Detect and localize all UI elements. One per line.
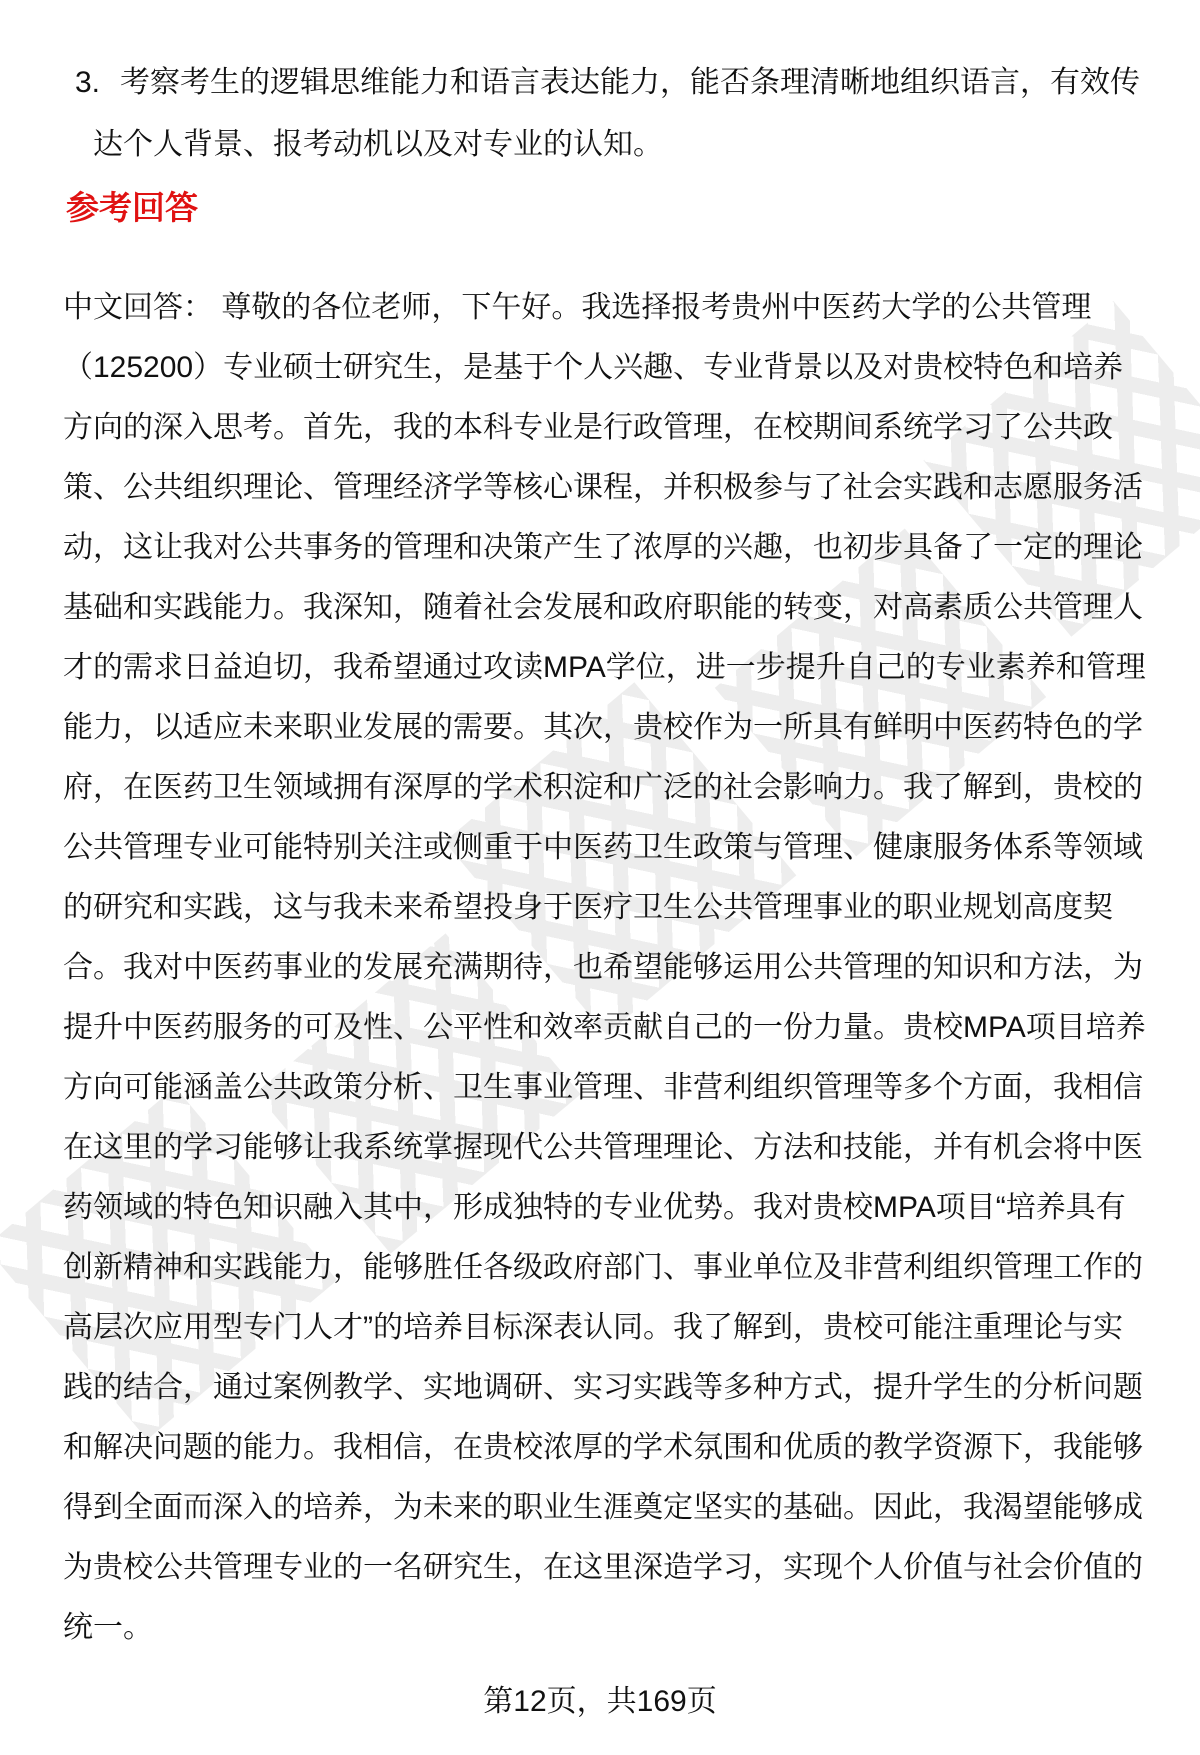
note-text: 考察考生的逻辑思维能力和语言表达能力，能否条理清晰地组织语言，有效传 bbox=[120, 52, 1140, 114]
paragraph-line: 方向的深入思考。首先，我的本科专业是行政管理，在校期间系统学习了公共政 bbox=[63, 398, 1149, 458]
paragraph-line: 中文回答： 尊敬的各位老师，下午好。我选择报考贵州中医药大学的公共管理 bbox=[63, 278, 1149, 338]
paragraph-line: 高层次应用型专门人才”的培养目标深表认同。我了解到，贵校可能注重理论与实 bbox=[63, 1298, 1149, 1358]
paragraph-line: 和解决问题的能力。我相信，在贵校浓厚的学术氛围和优质的教学资源下，我能够 bbox=[63, 1418, 1149, 1478]
paragraph-line: 在这里的学习能够让我系统掌握现代公共管理理论、方法和技能，并有机会将中医 bbox=[63, 1118, 1149, 1178]
paragraph-line: 得到全面而深入的培养，为未来的职业生涯奠定坚实的基础。因此，我渴望能够成 bbox=[63, 1478, 1149, 1538]
paragraph-line: 合。我对中医药事业的发展充满期待，也希望能够运用公共管理的知识和方法，为 bbox=[63, 938, 1149, 998]
paragraph-line: 公共管理专业可能特别关注或侧重于中医药卫生政策与管理、健康服务体系等领域 bbox=[63, 818, 1149, 878]
paragraph-line: 策、公共组织理论、管理经济学等核心课程，并积极参与了社会实践和志愿服务活 bbox=[63, 458, 1149, 518]
paragraph-line: 动，这让我对公共事务的管理和决策产生了浓厚的兴趣，也初步具备了一定的理论 bbox=[63, 518, 1149, 578]
paragraph-line: 提升中医药服务的可及性、公平性和效率贡献自己的一份力量。贵校MPA项目培养 bbox=[63, 998, 1149, 1058]
note-text-continuation: 达个人背景、报考动机以及对专业的认知。 bbox=[75, 114, 1145, 176]
list-number: 3. bbox=[75, 52, 100, 114]
paragraph-line: （125200）专业硕士研究生，是基于个人兴趣、专业背景以及对贵校特色和培养 bbox=[63, 338, 1149, 398]
paragraph-line: 统一。 bbox=[63, 1598, 1149, 1658]
paragraph-line: 方向可能涵盖公共政策分析、卫生事业管理、非营利组织管理等多个方面，我相信 bbox=[63, 1058, 1149, 1118]
paragraph-line: 基础和实践能力。我深知，随着社会发展和政府职能的转变，对高素质公共管理人 bbox=[63, 578, 1149, 638]
question-assessment-note: 3. 考察考生的逻辑思维能力和语言表达能力，能否条理清晰地组织语言，有效传 达个… bbox=[75, 52, 1145, 176]
reference-answer-paragraph: 中文回答： 尊敬的各位老师，下午好。我选择报考贵州中医药大学的公共管理（1252… bbox=[63, 278, 1149, 1658]
paragraph-line: 药领域的特色知识融入其中，形成独特的专业优势。我对贵校MPA项目“培养具有 bbox=[63, 1178, 1149, 1238]
reference-answer-heading: 参考回答 bbox=[66, 188, 198, 228]
paragraph-line: 府，在医药卫生领域拥有深厚的学术积淀和广泛的社会影响力。我了解到，贵校的 bbox=[63, 758, 1149, 818]
paragraph-line: 践的结合，通过案例教学、实地调研、实习实践等多种方式，提升学生的分析问题 bbox=[63, 1358, 1149, 1418]
paragraph-line: 才的需求日益迫切，我希望通过攻读MPA学位，进一步提升自己的专业素养和管理 bbox=[63, 638, 1149, 698]
paragraph-line: 的研究和实践，这与我未来希望投身于医疗卫生公共管理事业的职业规划高度契 bbox=[63, 878, 1149, 938]
page-number-footer: 第12页，共169页 bbox=[0, 1682, 1200, 1722]
paragraph-line: 创新精神和实践能力，能够胜任各级政府部门、事业单位及非营利组织管理工作的 bbox=[63, 1238, 1149, 1298]
paragraph-line: 能力，以适应未来职业发展的需要。其次，贵校作为一所具有鲜明中医药特色的学 bbox=[63, 698, 1149, 758]
paragraph-line: 为贵校公共管理专业的一名研究生，在这里深造学习，实现个人价值与社会价值的 bbox=[63, 1538, 1149, 1598]
note-line: 3. 考察考生的逻辑思维能力和语言表达能力，能否条理清晰地组织语言，有效传 bbox=[75, 52, 1145, 114]
